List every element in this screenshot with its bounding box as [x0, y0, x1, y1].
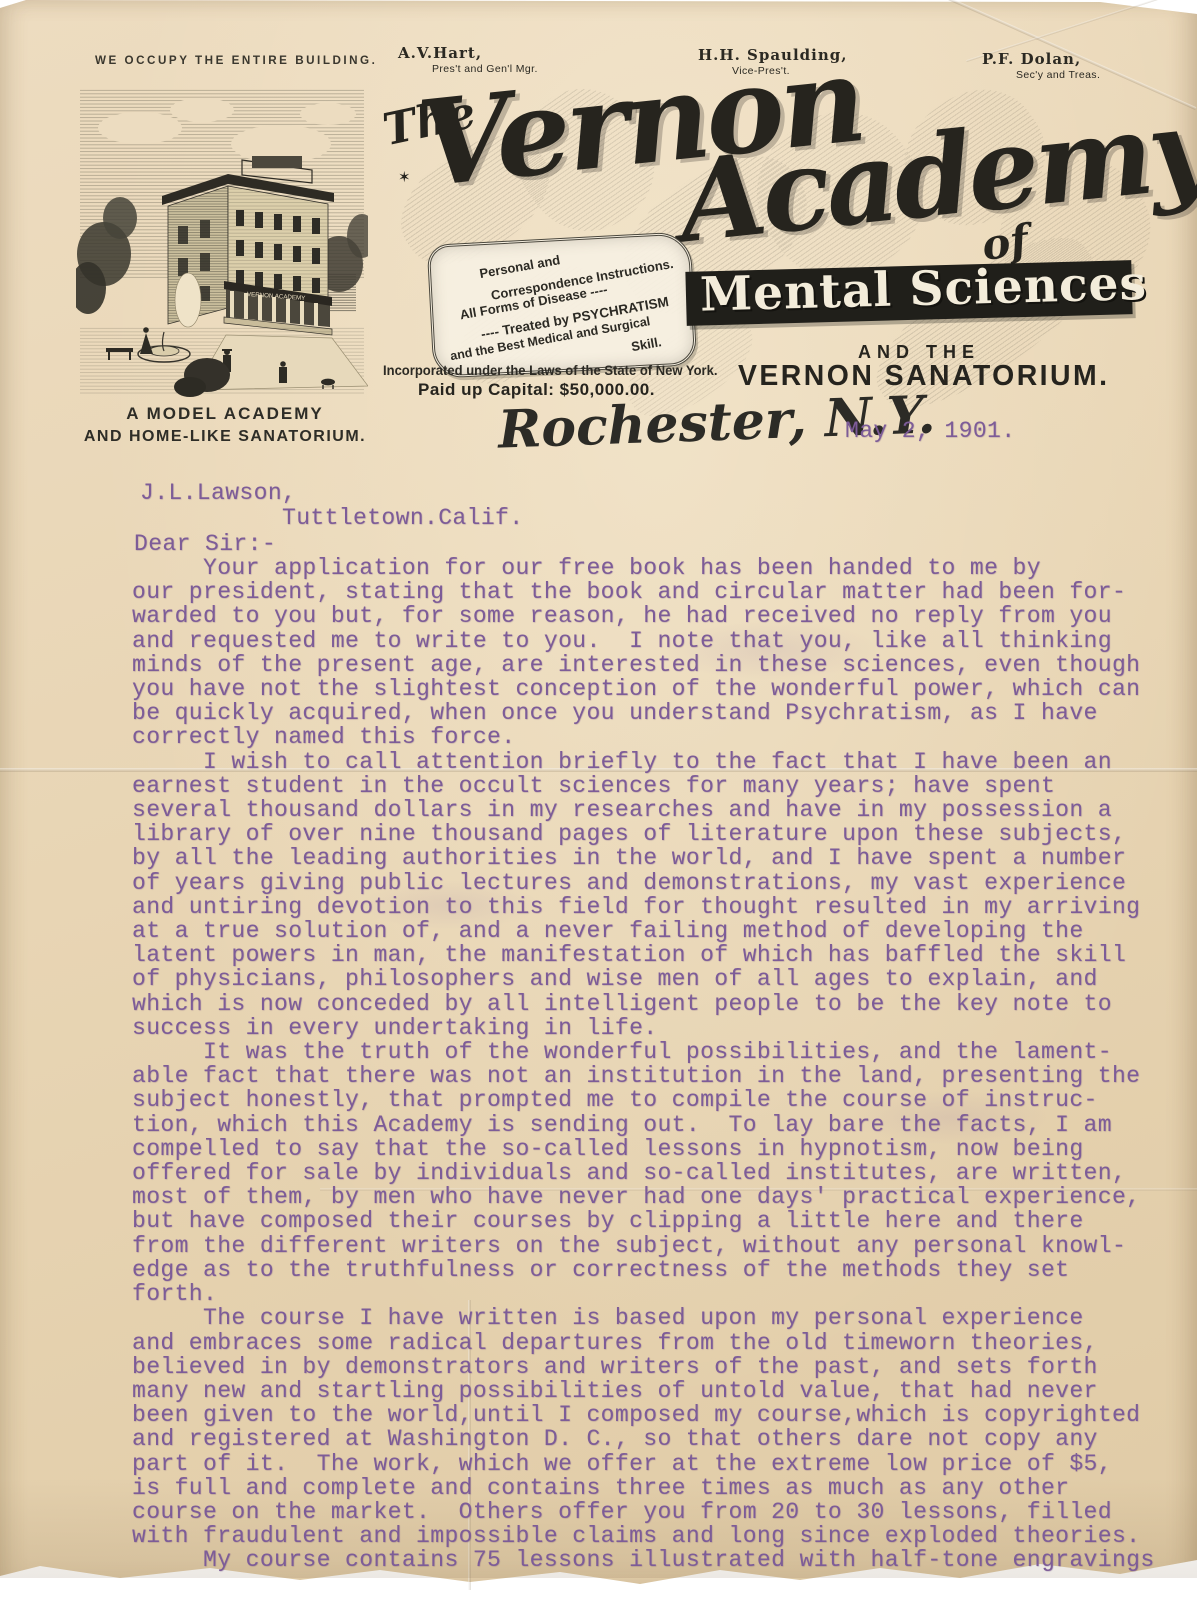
logo-mental-sciences: Mental Sciences — [699, 256, 1130, 322]
cartouche-line: Skill. — [630, 334, 663, 354]
recipient-name: J.L.Lawson, — [140, 480, 296, 506]
engraving-caption-line2: AND HOME-LIKE SANATORIUM. — [60, 428, 390, 446]
letter-scan: WE OCCUPY THE ENTIRE BUILDING. — [0, 0, 1197, 1600]
services-cartouche: Personal and Correspondence Instructions… — [427, 231, 698, 379]
officer-name: A.V.Hart, — [398, 44, 538, 62]
incorporated-text: Incorporated under the Laws of the State… — [383, 362, 717, 378]
letter-body: Your application for our free book has b… — [132, 556, 1155, 1573]
salutation: Dear Sir:- — [134, 531, 276, 557]
engraving-caption: A MODEL ACADEMY AND HOME-LIKE SANATORIUM… — [60, 404, 390, 446]
starburst-icon: ✶ — [398, 168, 411, 186]
officer-dolan: P.F. Dolan, Sec'y and Treas. — [982, 50, 1100, 81]
slogan-text: WE OCCUPY THE ENTIRE BUILDING. — [95, 53, 377, 67]
recipient-address: Tuttletown.Calif. — [282, 505, 523, 531]
dateline-date: May 2, 1901. — [845, 418, 1015, 444]
officer-title: Sec'y and Treas. — [1016, 69, 1100, 81]
officer-name: P.F. Dolan, — [982, 50, 1100, 68]
building-engraving-illustration: VERNON ACADEMY — [76, 86, 368, 403]
engraving-caption-line1: A MODEL ACADEMY — [60, 404, 390, 424]
